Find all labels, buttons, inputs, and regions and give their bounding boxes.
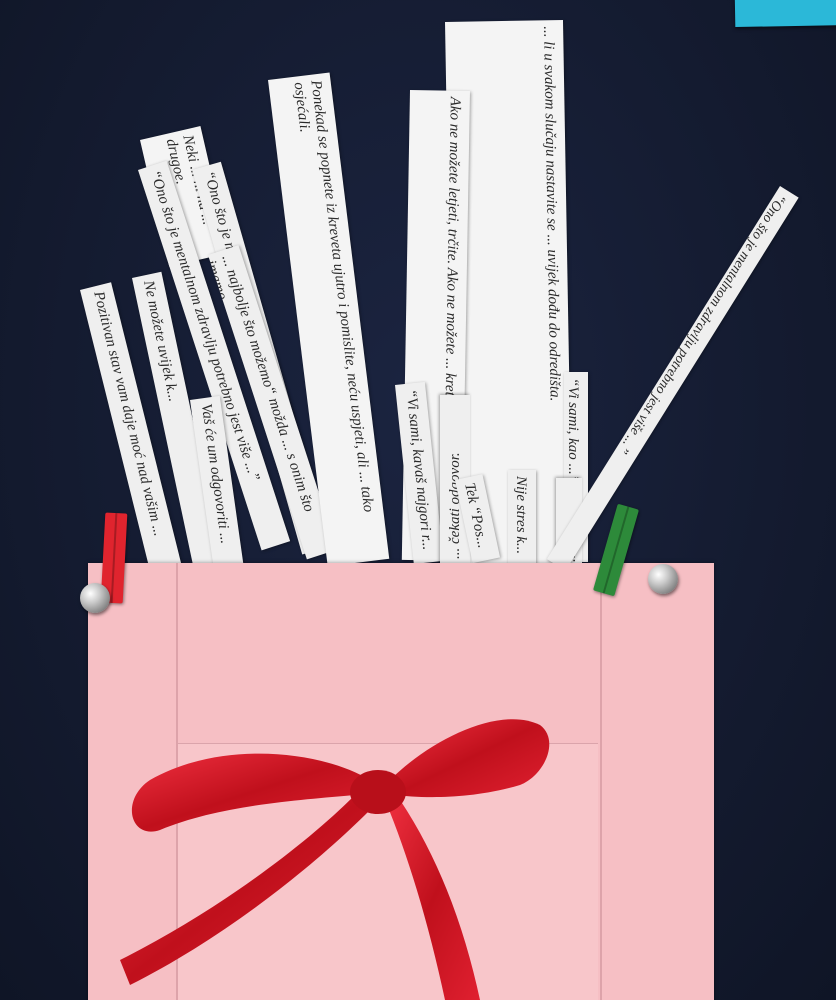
silver-pushpin-left (80, 583, 110, 613)
silver-pushpin-right (648, 564, 678, 594)
red-ribbon-bow-icon (100, 700, 560, 1000)
teal-sticky-note (735, 0, 836, 27)
envelope-fold-right (600, 563, 602, 1000)
quote-strip: Nije stres k... (508, 470, 536, 565)
